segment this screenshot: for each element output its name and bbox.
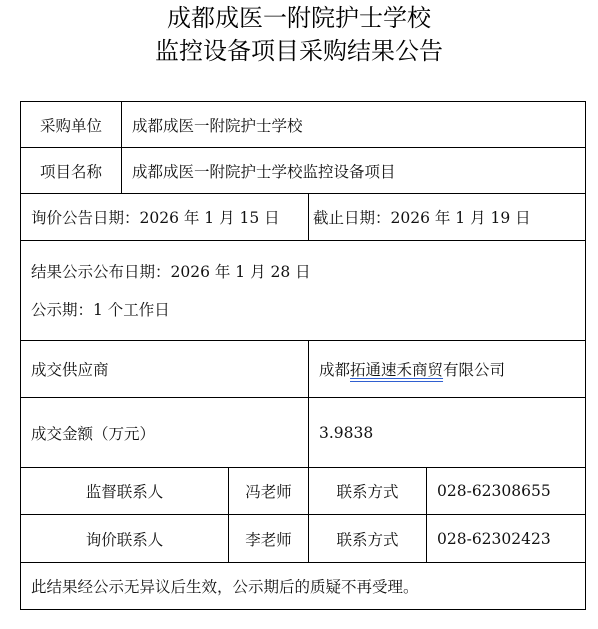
purchaser-label: 采购单位 — [21, 102, 121, 147]
publicity-info: 结果公示公布日期：2026 年 1 月 28 日 公示期：1 个工作日 — [21, 241, 585, 340]
supplier-prefix: 成都 — [319, 358, 350, 380]
project-label: 项目名称 — [21, 148, 121, 193]
publicity-period: 公示期：1 个工作日 — [31, 291, 170, 329]
footer-note: 此结果经公示无异议后生效，公示期后的质疑不再受理。 — [21, 563, 585, 609]
purchaser-value: 成都成医一附院护士学校 — [122, 102, 585, 147]
contact-method-label: 联系方式 — [309, 515, 426, 562]
amount-value: 3.9838 — [309, 398, 585, 467]
contact-phone: 028-62308655 — [427, 468, 585, 514]
contact-name: 李老师 — [229, 515, 308, 562]
contact-role: 询价联系人 — [21, 515, 228, 562]
inquiry-date: 询价公告日期：2026 年 1 月 15 日 — [21, 194, 308, 240]
supplier-label: 成交供应商 — [21, 341, 308, 397]
page-title-line2: 监控设备项目采购结果公告 — [0, 36, 598, 66]
contact-name: 冯老师 — [229, 468, 308, 514]
project-value: 成都成医一附院护士学校监控设备项目 — [122, 148, 585, 193]
amount-label: 成交金额（万元） — [21, 398, 308, 467]
supplier-underlined: 拓通速禾商贸 — [350, 358, 443, 380]
deadline-date: 截止日期：2026 年 1 月 19 日 — [309, 194, 585, 240]
table-border-bottom — [20, 609, 586, 610]
contact-role: 监督联系人 — [21, 468, 228, 514]
contact-method-label: 联系方式 — [309, 468, 426, 514]
supplier-suffix: 有限公司 — [443, 358, 505, 380]
table-border-right — [585, 101, 586, 610]
supplier-value: 成都拓通速禾商贸有限公司 — [309, 341, 585, 397]
contact-phone: 028-62302423 — [427, 515, 585, 562]
result-publish-date: 结果公示公布日期：2026 年 1 月 28 日 — [31, 253, 311, 291]
page-title-line1: 成都成医一附院护士学校 — [0, 3, 598, 33]
